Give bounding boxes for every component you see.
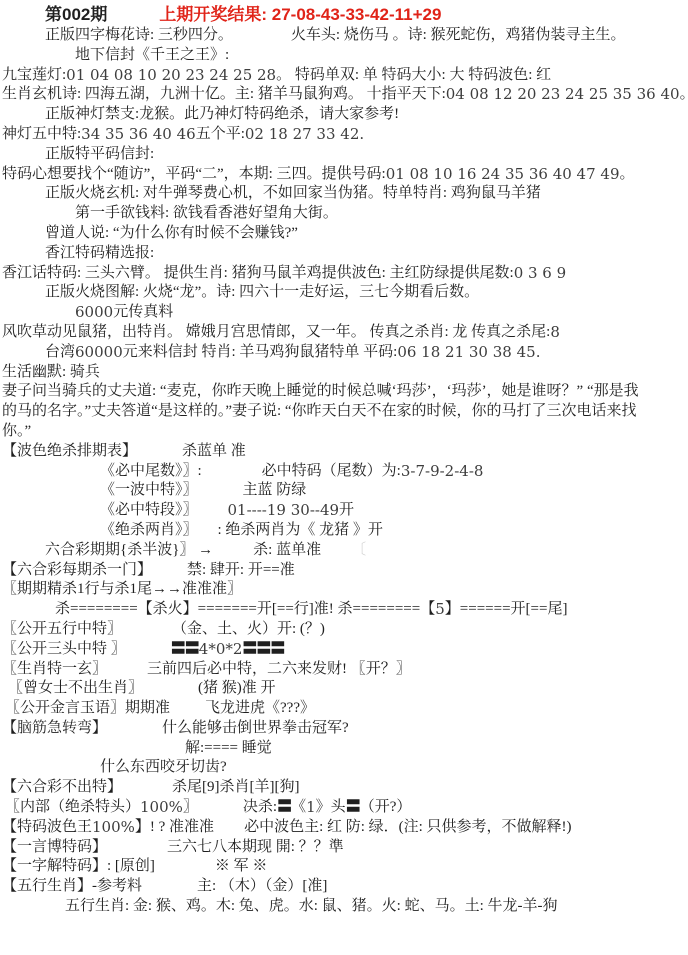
text-segment: 五行生肖: 金: 猴、鸡。木: 兔、虎。水: 鼠、猪。火: 蛇、马。土: 牛龙-…: [65, 897, 558, 917]
text-segment: 5: [435, 600, 445, 620]
text-segment: 。: [620, 165, 635, 185]
text-line: 地下信封《千王之王》:: [0, 46, 688, 66]
text-line: 【一言博特码】三六七八本期现 開: ？？準: [0, 838, 688, 858]
text-line: 《必中尾数》〗:必中特码（尾数）为: 3-7-9-2-4-8: [0, 462, 688, 482]
text-segment: 主蓝 防绿: [243, 481, 307, 501]
text-segment: 你。”: [2, 422, 31, 442]
text-segment: 〔: [351, 541, 366, 561]
text-segment: 妻子问当骑兵的丈夫道: “麦克，你昨天晚上睡觉的时候总喊‘玛莎’，‘玛莎’，她是…: [2, 382, 639, 402]
text-line: 什么东西咬牙切齿?: [0, 758, 688, 778]
text-segment: 【一字解特码】: [原创]: [2, 857, 155, 877]
text-segment: 8: [550, 323, 560, 343]
text-segment: 60000: [75, 343, 123, 363]
text-segment: 解:==== 睡觉: [185, 739, 272, 759]
text-line: 特码心想要找个“随访”，平码“二”，本期: 三四。提供号码: 01 08 10 …: [0, 165, 688, 185]
text-segment: 杀蓝单 准: [182, 442, 246, 462]
text-segment: 曾道人说: “为什么你有时候不会赚钱?”: [45, 224, 298, 244]
text-segment: 《: [291, 798, 306, 818]
text-line: 【特码波色王 100%】! ? 准准准必中波色主: 红 防: 绿．(注: 只供参…: [0, 818, 688, 838]
text-segment: 特码心想要找个“随访”，平码“二”，本期: 三四。提供号码:: [2, 165, 386, 185]
text-segment: 正版火烧玄机: 对牛弹琴费心机，不如回家当伪猪。特单特肖: 鸡狗鼠马羊猪: [45, 184, 541, 204]
text-line: 正版火烧图解: 火烧“龙”。诗: 四六十一走好运，三七今期看后数。: [0, 283, 688, 303]
text-segment: 三六七八本期现 開: ？？準: [167, 838, 344, 858]
text-line: 〖曾女士不出生肖〗(猪 猴)准 开: [0, 679, 688, 699]
text-segment: 元传真料: [113, 303, 173, 323]
text-line: 【一字解特码】: [原创]※ 军 ※: [0, 857, 688, 877]
text-segment: (猪 猴)准 开: [198, 679, 276, 699]
text-line: 【六合彩不出特】杀尾[9]杀肖[羊][狗]: [0, 778, 688, 798]
text-segment: 【波色绝杀排期表】: [2, 442, 137, 462]
text-line: 〖期期精杀1行与杀1尾→→准准准〗: [0, 580, 688, 600]
last-draw-result: 上期开奖结果: 27-08-43-33-42-11+29: [159, 3, 441, 26]
text-segment: 九宝莲灯:: [2, 66, 66, 86]
text-segment: 地下信封《千王之王》:: [75, 46, 229, 66]
text-segment: 》头: [316, 798, 346, 818]
text-segment: 杀========【杀火】=======开[==行]准! 杀========【: [55, 600, 435, 620]
text-segment: 100%: [140, 798, 183, 818]
text-line: 风吹草动见鼠猪，出特肖。 嫦娥月宫思情郎，又一年。 传真之杀肖: 龙 传真之杀尾…: [0, 323, 688, 343]
text-segment: 】! ? 准准准: [135, 818, 214, 838]
text-segment: 〓: [277, 798, 291, 818]
text-line: 第一手欲钱料: 欲钱看香港好望角大街。: [0, 204, 688, 224]
text-segment: 01 04 08 10 20 23 24 25 28: [66, 66, 276, 86]
text-line: 你。”: [0, 422, 688, 442]
text-segment: 正版火烧图解: 火烧“龙”。诗: 四六十一走好运，三七今期看后数。: [45, 283, 479, 303]
text-line: 正版火烧玄机: 对牛弹琴费心机，不如回家当伪猪。特单特肖: 鸡狗鼠马羊猪: [0, 184, 688, 204]
text-segment: 〖期期精杀1行与杀1尾→→准准准〗: [2, 580, 242, 600]
text-segment: 《一波中特》〗: [100, 481, 198, 501]
text-line: 生活幽默: 骑兵: [0, 363, 688, 383]
text-segment: 02 18 27 33 42.: [245, 125, 364, 145]
text-line: 正版神灯禁支:龙猴。此乃神灯特码绝杀，请大家参考!: [0, 105, 688, 125]
text-segment: 〖曾女士不出生肖〗: [8, 679, 143, 699]
text-segment: 杀: 蓝单准: [253, 541, 321, 561]
text-line: 《绝杀两肖》〗: 绝杀两肖为《 龙猪 》开: [0, 521, 688, 541]
text-line: 【波色绝杀排期表】杀蓝单 准: [0, 442, 688, 462]
text-segment: 4*0*2: [199, 640, 243, 660]
text-segment: 【五行生肖】-参考料: [2, 877, 142, 897]
text-segment: 必中波色主: 红 防: 绿．(注: 只供参考，不做解释!): [244, 818, 572, 838]
text-segment: 主: （木）（金）[准]: [197, 877, 327, 897]
text-segment: : 绝杀两肖为《 龙猪 》开: [218, 521, 383, 541]
text-segment: 〗: [183, 798, 198, 818]
text-segment: 100%: [92, 818, 135, 838]
text-line: 正版特平码信封:: [0, 145, 688, 165]
text-segment: 《绝杀两肖》〗: [100, 521, 198, 541]
text-segment: 01----19 30--49: [228, 501, 340, 521]
text-line: 台湾60000 元来料信封 特肖: 羊马鸡狗鼠猪特单 平码: 06 18 21 …: [0, 343, 688, 363]
text-line: 第002期上期开奖结果: 27-08-43-33-42-11+29: [0, 3, 688, 26]
text-segment: 【特码波色王: [2, 818, 92, 838]
text-line: 妻子问当骑兵的丈夫道: “麦克，你昨天晚上睡觉的时候总喊‘玛莎’，‘玛莎’，她是…: [0, 382, 688, 402]
text-line: 六合彩期期{杀半波}〗 →杀: 蓝单准〔: [0, 541, 688, 561]
text-segment: 火车头: 烧伤马 。诗: 猴死蛇伤，鸡猪伪装寻主生。: [291, 26, 626, 46]
text-segment: 必中特码（尾数）为:: [262, 462, 401, 482]
text-line: 杀========【杀火】=======开[==行]准! 杀========【5…: [0, 600, 688, 620]
text-segment: 神灯五中特:: [2, 125, 81, 145]
text-segment: 】======开[==尾]: [445, 600, 568, 620]
text-line: 〖公开五行中特〗（金、土、火）开: (？): [0, 620, 688, 640]
text-segment: 什么东西咬牙切齿?: [100, 758, 227, 778]
text-line: 【六合彩每期杀一门】禁: 肆开: 开==准: [0, 561, 688, 581]
text-segment: 第一手欲钱料: 欲钱看香港好望角大街。: [75, 204, 338, 224]
text-segment: 的马的名字。”丈夫答道“是这样的。”妻子说: “你昨天白天不在家的时候，你的马打…: [2, 402, 637, 422]
text-line: 【五行生肖】-参考料主: （木）（金）[准]: [0, 877, 688, 897]
text-segment: （金、土、火）开: (？): [172, 620, 325, 640]
text-segment: 〖公开金言玉语〗期期准: [5, 699, 170, 719]
text-segment: 6000: [75, 303, 113, 323]
text-segment: 六合彩期期{杀半波}〗 →: [45, 541, 213, 561]
text-segment: 生肖玄机诗: 四海五湖，九洲十亿。主: 猪羊马鼠狗鸡。 十指平天下:: [2, 85, 446, 105]
text-line: 的马的名字。”丈夫答道“是这样的。”妻子说: “你昨天白天不在家的时候，你的马打…: [0, 402, 688, 422]
text-segment: 〖内部（绝杀特头）: [5, 798, 140, 818]
text-segment: 〓: [346, 798, 360, 818]
text-segment: 《必中特段》〗: [100, 501, 198, 521]
text-segment: 正版特平码信封:: [45, 145, 154, 165]
text-segment: 香江话特码: 三头六臂。 提供生肖: 猪狗马鼠羊鸡提供波色: 主红防绿提供尾数:: [2, 264, 514, 284]
text-segment: 【脑筋急转弯】: [2, 719, 107, 739]
text-segment: 五个平:: [196, 125, 245, 145]
text-segment: 〓〓〓: [242, 640, 284, 660]
text-segment: 开: [339, 501, 354, 521]
text-segment: （开?）: [360, 798, 412, 818]
text-segment: 。 特码单双: 单 特码大小: 大 特码波色: 红: [276, 66, 551, 86]
text-line: 〖生肖特一玄〗三前四后必中特，二六来发财! 〖开？〗: [0, 660, 688, 680]
text-segment: 杀尾[9]杀肖[羊][狗]: [172, 778, 299, 798]
text-line: 〖公开金言玉语〗期期准飞龙进虎《???》: [0, 699, 688, 719]
text-segment: 《必中尾数》〗:: [100, 462, 202, 482]
text-line: 五行生肖: 金: 猴、鸡。木: 兔、虎。水: 鼠、猪。火: 蛇、马。土: 牛龙-…: [0, 897, 688, 917]
issue-number: 第002期: [45, 3, 107, 26]
text-segment: 〖公开三头中特 〗: [2, 640, 126, 660]
text-segment: 台湾: [45, 343, 75, 363]
text-line: 6000 元传真料: [0, 303, 688, 323]
text-line: 神灯五中特: 34 35 36 40 46 五个平:02 18 27 33 42…: [0, 125, 688, 145]
text-segment: 06 18 21 30 38 45.: [397, 343, 540, 363]
text-segment: 正版四字梅花诗: 三秒四分。: [45, 26, 233, 46]
text-segment: 三前四后必中特，二六来发财! 〖开？〗: [147, 660, 411, 680]
text-segment: 风吹草动见鼠猪，出特肖。 嫦娥月宫思情郎，又一年。 传真之杀肖: 龙 传真之杀尾…: [2, 323, 550, 343]
text-segment: 决杀:: [243, 798, 277, 818]
text-segment: 〖公开五行中特〗: [2, 620, 122, 640]
text-segment: 正版神灯禁支:龙猴。此乃神灯特码绝杀，请大家参考!: [45, 105, 399, 125]
text-segment: 禁: 肆开: 开==准: [187, 561, 295, 581]
text-line: 解:==== 睡觉: [0, 739, 688, 759]
text-line: 〖公开三头中特 〗〓〓4*0*2〓〓〓: [0, 640, 688, 660]
text-line: 曾道人说: “为什么你有时候不会赚钱?”: [0, 224, 688, 244]
text-line: 生肖玄机诗: 四海五湖，九洲十亿。主: 猪羊马鼠狗鸡。 十指平天下: 04 08…: [0, 85, 688, 105]
text-segment: 香江特码精选报:: [45, 244, 154, 264]
text-segment: 01 08 10 16 24 35 36 40 47 49: [386, 165, 620, 185]
document-body: 第002期上期开奖结果: 27-08-43-33-42-11+29正版四字梅花诗…: [0, 0, 688, 917]
text-line: 香江话特码: 三头六臂。 提供生肖: 猪狗马鼠羊鸡提供波色: 主红防绿提供尾数:…: [0, 264, 688, 284]
text-segment: 【六合彩每期杀一门】: [2, 561, 152, 581]
text-line: 九宝莲灯: 01 04 08 10 20 23 24 25 28。 特码单双: …: [0, 66, 688, 86]
text-segment: 〖生肖特一玄〗: [2, 660, 107, 680]
text-segment: 元来料信封 特肖: 羊马鸡狗鼠猪特单 平码:: [123, 343, 398, 363]
text-segment: ※ 军 ※: [215, 857, 268, 877]
text-line: 正版四字梅花诗: 三秒四分。火车头: 烧伤马 。诗: 猴死蛇伤，鸡猪伪装寻主生。: [0, 26, 688, 46]
text-segment: 。: [680, 85, 688, 105]
text-segment: 〓〓: [171, 640, 199, 660]
text-segment: 3-7-9-2-4-8: [401, 462, 484, 482]
text-segment: 【六合彩不出特】: [2, 778, 122, 798]
text-segment: 什么能够击倒世界拳击冠军?: [162, 719, 349, 739]
text-segment: 生活幽默: 骑兵: [2, 363, 100, 383]
text-segment: 34 35 36 40 46: [81, 125, 196, 145]
text-line: 【脑筋急转弯】什么能够击倒世界拳击冠军?: [0, 719, 688, 739]
text-segment: 04 08 12 20 23 24 25 35 36 40: [446, 85, 680, 105]
text-line: 香江特码精选报:: [0, 244, 688, 264]
text-segment: 飞龙进虎《???》: [205, 699, 315, 719]
text-line: 〖内部（绝杀特头）100%〗决杀: 〓《1》头〓（开?）: [0, 798, 688, 818]
text-line: 《必中特段》〗01----19 30--49 开: [0, 501, 688, 521]
text-line: 《一波中特》〗主蓝 防绿: [0, 481, 688, 501]
text-segment: 【一言博特码】: [2, 838, 107, 858]
text-segment: 0 3 6 9: [514, 264, 566, 284]
text-segment: 1: [306, 798, 316, 818]
